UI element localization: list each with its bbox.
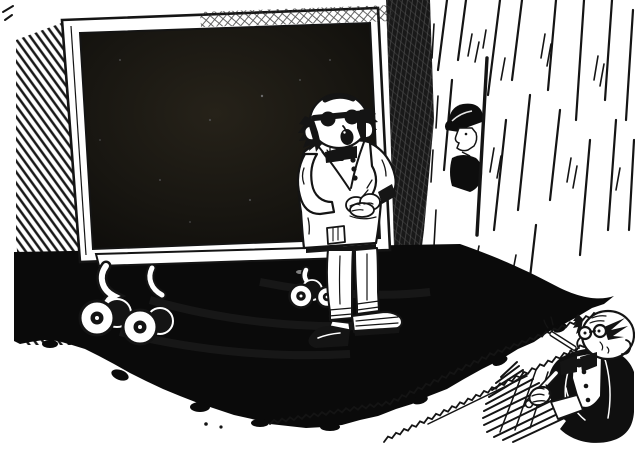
stagehand-shoulder <box>450 155 482 192</box>
curtain-bold-fold <box>477 58 487 235</box>
cartoon-svg: Black-and-white cartoon: a bespectacled … <box>0 0 635 464</box>
lecturer-right-shoe <box>352 312 402 336</box>
peeking-stagehand <box>445 104 483 192</box>
conductor-cigarette <box>552 334 574 348</box>
lecturer-pocket <box>327 226 345 244</box>
lecturer-right-ear <box>366 122 373 138</box>
stagehand-eye <box>465 133 468 136</box>
cartoon-illustration: Black-and-white cartoon: a bespectacled … <box>0 0 635 464</box>
stagehand-face <box>455 128 476 151</box>
corner-marks <box>3 6 13 20</box>
